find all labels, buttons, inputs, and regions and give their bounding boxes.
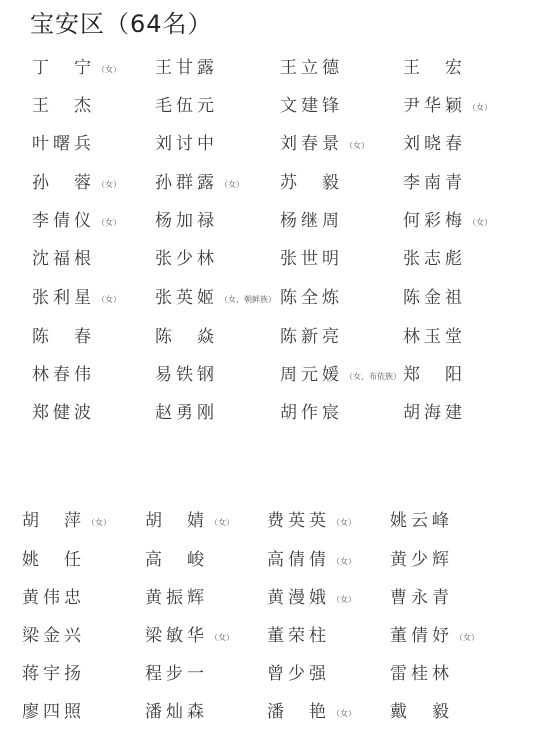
name-entry: 赵勇刚 [155, 401, 220, 427]
name-entry: 叶曙兵 [32, 132, 97, 158]
person-note: （女） [97, 180, 121, 189]
name-row: 王 杰毛伍元文建锋尹华颖（女） [0, 94, 546, 118]
person-note: （女） [210, 518, 234, 527]
person-note: （女） [87, 518, 111, 527]
name-entry: 黄少辉 [390, 548, 455, 574]
name-entry: 林玉堂 [403, 325, 468, 351]
person-name: 黄振辉 [145, 588, 208, 608]
name-row: 郑健波赵勇刚胡作宸胡海建 [0, 401, 546, 425]
person-name: 黄伟忠 [22, 588, 85, 608]
name-entry: 胡 萍（女） [22, 509, 111, 535]
name-entry: 曹永青 [390, 586, 455, 612]
person-note: （女） [345, 141, 369, 150]
person-note: （女） [97, 295, 121, 304]
page-title: 宝安区（64名） [30, 4, 213, 39]
person-name: 曹永青 [390, 588, 453, 608]
name-entry: 黄漫娥（女） [267, 586, 356, 612]
person-name: 郑 阳 [403, 365, 466, 385]
name-row: 丁 宁（女）王甘露王立德王 宏 [0, 56, 546, 80]
person-name: 廖四照 [22, 702, 85, 722]
person-name: 丁 宁 [32, 58, 95, 78]
name-entry: 程步一 [145, 662, 210, 688]
person-name: 何彩梅 [403, 211, 466, 231]
name-entry: 文建锋 [280, 94, 345, 120]
person-note: （女） [332, 595, 356, 604]
name-entry: 郑健波 [32, 401, 97, 427]
name-entry: 杨继周 [280, 209, 345, 235]
person-note: （女） [97, 65, 121, 74]
name-entry: 高 峻 [145, 548, 210, 574]
person-name: 刘讨中 [155, 134, 218, 154]
person-note: （女） [455, 633, 479, 642]
name-entry: 郑 阳 [403, 363, 468, 389]
person-name: 高倩倩 [267, 550, 330, 570]
person-name: 张少林 [155, 249, 218, 269]
name-entry: 丁 宁（女） [32, 56, 121, 82]
name-entry: 梁金兴 [22, 624, 87, 650]
name-entry: 胡 婧（女） [145, 509, 234, 535]
name-entry: 陈新亮 [280, 325, 345, 351]
name-entry: 何彩梅（女） [403, 209, 492, 235]
person-name: 梁金兴 [22, 626, 85, 646]
name-entry: 陈 春 [32, 325, 97, 351]
name-entry: 李倩仪（女） [32, 209, 121, 235]
person-name: 黄少辉 [390, 550, 453, 570]
person-note: （女，布依族） [345, 372, 401, 381]
person-note: （女） [468, 103, 492, 112]
name-entry: 张利星（女） [32, 286, 121, 312]
person-name: 程步一 [145, 664, 208, 684]
name-entry: 易铁钢 [155, 363, 220, 389]
person-name: 陈新亮 [280, 327, 343, 347]
name-entry: 黄伟忠 [22, 586, 87, 612]
name-entry: 刘春景（女） [280, 132, 369, 158]
name-entry: 董荣柱 [267, 624, 332, 650]
name-entry: 蒋宇扬 [22, 662, 87, 688]
name-entry: 胡作宸 [280, 401, 345, 427]
person-name: 林玉堂 [403, 327, 466, 347]
person-name: 孙 蓉 [32, 173, 95, 193]
person-note: （女） [468, 218, 492, 227]
name-entry: 沈福根 [32, 247, 97, 273]
name-row: 张利星（女）张英姬（女，朝鲜族）陈全炼陈金祖 [0, 286, 546, 310]
name-row: 孙 蓉（女）孙群露（女）苏 毅李南青 [0, 171, 546, 195]
name-entry: 王 宏 [403, 56, 468, 82]
person-name: 毛伍元 [155, 96, 218, 116]
person-name: 张利星 [32, 288, 95, 308]
name-entry: 潘灿森 [145, 700, 210, 726]
name-entry: 张英姬（女，朝鲜族） [155, 286, 276, 312]
name-entry: 潘 艳（女） [267, 700, 356, 726]
name-entry: 陈全炼 [280, 286, 345, 312]
person-name: 张世明 [280, 249, 343, 269]
person-name: 王甘露 [155, 58, 218, 78]
name-entry: 杨加禄 [155, 209, 220, 235]
name-entry: 胡海建 [403, 401, 468, 427]
person-name: 易铁钢 [155, 365, 218, 385]
person-name: 张志彪 [403, 249, 466, 269]
person-name: 叶曙兵 [32, 134, 95, 154]
name-row: 梁金兴梁敏华（女）董荣柱董倩妤（女） [0, 624, 546, 648]
name-row: 姚 任高 峻高倩倩（女）黄少辉 [0, 548, 546, 572]
name-entry: 梁敏华（女） [145, 624, 234, 650]
name-entry: 苏 毅 [280, 171, 345, 197]
person-name: 戴 毅 [390, 702, 453, 722]
name-row: 黄伟忠黄振辉黄漫娥（女）曹永青 [0, 586, 546, 610]
name-entry: 高倩倩（女） [267, 548, 356, 574]
person-name: 陈 春 [32, 327, 95, 347]
name-entry: 李南青 [403, 171, 468, 197]
person-name: 李南青 [403, 173, 466, 193]
person-name: 赵勇刚 [155, 403, 218, 423]
name-entry: 周元媛（女，布依族） [280, 363, 401, 389]
person-name: 张英姬 [155, 288, 218, 308]
person-name: 杨继周 [280, 211, 343, 231]
name-entry: 刘讨中 [155, 132, 220, 158]
person-name: 雷桂林 [390, 664, 453, 684]
person-name: 文建锋 [280, 96, 343, 116]
person-name: 陈全炼 [280, 288, 343, 308]
name-entry: 陈金祖 [403, 286, 468, 312]
name-entry: 姚云峰 [390, 509, 455, 535]
person-name: 王 宏 [403, 58, 466, 78]
person-name: 尹华颖 [403, 96, 466, 116]
person-name: 刘春景 [280, 134, 343, 154]
person-name: 董荣柱 [267, 626, 330, 646]
person-name: 周元媛 [280, 365, 343, 385]
person-name: 胡作宸 [280, 403, 343, 423]
person-note: （女） [332, 518, 356, 527]
person-name: 蒋宇扬 [22, 664, 85, 684]
person-note: （女） [332, 557, 356, 566]
person-name: 胡海建 [403, 403, 466, 423]
name-entry: 刘晓春 [403, 132, 468, 158]
person-name: 李倩仪 [32, 211, 95, 231]
name-entry: 黄振辉 [145, 586, 210, 612]
name-row: 林春伟易铁钢周元媛（女，布依族）郑 阳 [0, 363, 546, 387]
person-name: 姚云峰 [390, 511, 453, 531]
person-name: 姚 任 [22, 550, 85, 570]
name-entry: 林春伟 [32, 363, 97, 389]
name-entry: 孙群露（女） [155, 171, 244, 197]
person-name: 郑健波 [32, 403, 95, 423]
name-entry: 戴 毅 [390, 700, 455, 726]
name-row: 叶曙兵刘讨中刘春景（女）刘晓春 [0, 132, 546, 156]
name-entry: 尹华颖（女） [403, 94, 492, 120]
name-entry: 廖四照 [22, 700, 87, 726]
person-note: （女，朝鲜族） [220, 295, 276, 304]
name-entry: 张少林 [155, 247, 220, 273]
name-entry: 张志彪 [403, 247, 468, 273]
person-name: 黄漫娥 [267, 588, 330, 608]
person-name: 林春伟 [32, 365, 95, 385]
name-row: 沈福根张少林张世明张志彪 [0, 247, 546, 271]
person-name: 高 峻 [145, 550, 208, 570]
name-entry: 董倩妤（女） [390, 624, 479, 650]
person-name: 费英英 [267, 511, 330, 531]
name-row: 蒋宇扬程步一曾少强雷桂林 [0, 662, 546, 686]
person-name: 董倩妤 [390, 626, 453, 646]
name-entry: 陈 焱 [155, 325, 220, 351]
name-row: 廖四照潘灿森潘 艳（女）戴 毅 [0, 700, 546, 724]
person-note: （女） [332, 709, 356, 718]
name-entry: 王甘露 [155, 56, 220, 82]
name-entry: 王 杰 [32, 94, 97, 120]
person-name: 梁敏华 [145, 626, 208, 646]
person-name: 杨加禄 [155, 211, 218, 231]
person-name: 潘灿森 [145, 702, 208, 722]
person-name: 潘 艳 [267, 702, 330, 722]
name-row: 陈 春陈 焱陈新亮林玉堂 [0, 325, 546, 349]
name-row: 李倩仪（女）杨加禄杨继周何彩梅（女） [0, 209, 546, 233]
name-entry: 王立德 [280, 56, 345, 82]
person-name: 沈福根 [32, 249, 95, 269]
person-name: 陈 焱 [155, 327, 218, 347]
person-note: （女） [210, 633, 234, 642]
person-name: 胡 萍 [22, 511, 85, 531]
person-name: 王立德 [280, 58, 343, 78]
name-row: 胡 萍（女）胡 婧（女）费英英（女）姚云峰 [0, 509, 546, 533]
person-name: 胡 婧 [145, 511, 208, 531]
name-entry: 孙 蓉（女） [32, 171, 121, 197]
person-name: 王 杰 [32, 96, 95, 116]
name-entry: 雷桂林 [390, 662, 455, 688]
person-name: 陈金祖 [403, 288, 466, 308]
person-name: 刘晓春 [403, 134, 466, 154]
name-entry: 姚 任 [22, 548, 87, 574]
name-entry: 毛伍元 [155, 94, 220, 120]
person-name: 曾少强 [267, 664, 330, 684]
name-entry: 费英英（女） [267, 509, 356, 535]
name-entry: 曾少强 [267, 662, 332, 688]
person-note: （女） [220, 180, 244, 189]
person-name: 苏 毅 [280, 173, 343, 193]
person-note: （女） [97, 218, 121, 227]
person-name: 孙群露 [155, 173, 218, 193]
name-entry: 张世明 [280, 247, 345, 273]
